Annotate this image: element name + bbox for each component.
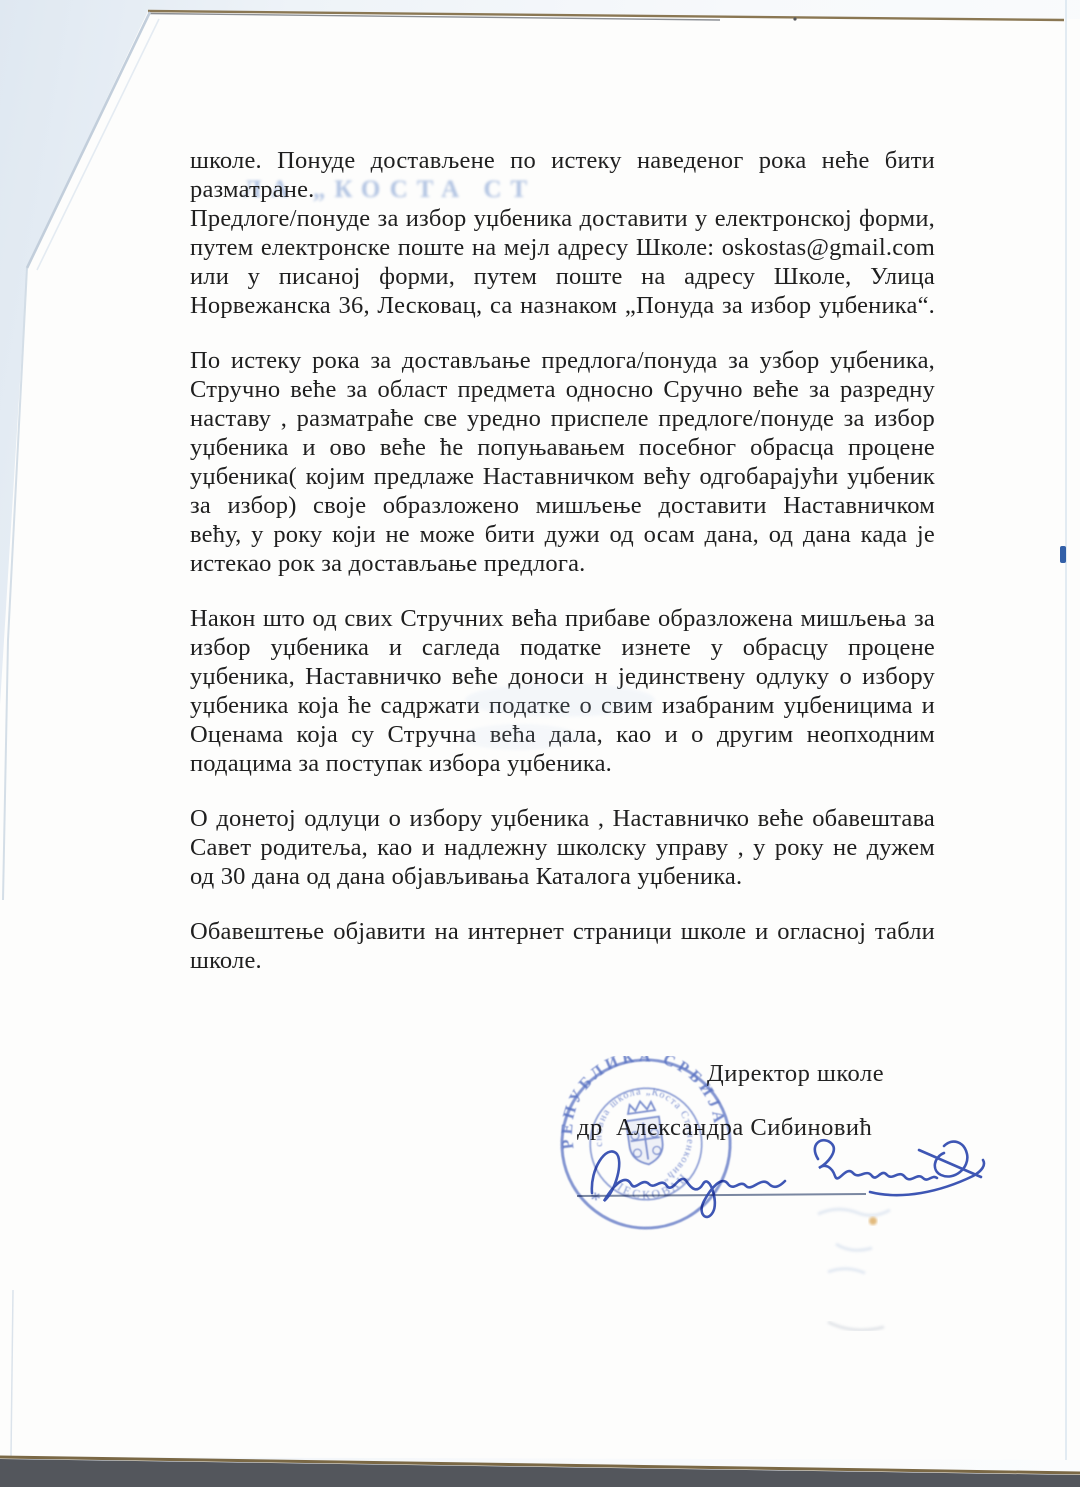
text-line: наставу , разматраће све уредно приспеле… (190, 404, 935, 433)
text-line: Стручно веће за област предмета односно … (190, 375, 935, 404)
text-line: Савет родитеља, као и надлежну школску у… (190, 833, 935, 862)
text-line: Норвежанска 36, Лесковац, са назнаком „П… (190, 291, 935, 320)
signature-area (570, 1115, 1000, 1230)
text-line: истекао рок за достављање предлога. (190, 549, 935, 578)
text-line: већу, у року који не може бити дужи од о… (190, 520, 935, 549)
paragraph: Након што од свих Стручних већа прибаве … (190, 604, 935, 778)
text-line: од 30 дана од дана објављивања Каталога … (190, 862, 935, 891)
text-line: избор уџбеника и сагледа податке изнете … (190, 633, 935, 662)
text-line: разматране. (190, 175, 935, 204)
text-line: путем електронске поште на мејл адресу Ш… (190, 233, 935, 262)
paragraph: школе. Понуде достављене по истеку навед… (190, 146, 935, 204)
bottom-scan-shadow (0, 1459, 1080, 1487)
crown-icon (626, 1099, 655, 1113)
paragraph: Обавештење објавити на интернет страници… (190, 917, 935, 975)
paragraph: О донетој одлуци о избору уџбеника , Нас… (190, 804, 935, 891)
text-line: или у писаној форми, путем поште на адре… (190, 262, 935, 291)
text-line: По истеку рока за достављање предлога/по… (190, 346, 935, 375)
text-line: Предлоге/понуде за избор уџбеника достав… (190, 204, 935, 233)
text-line: уџбеника( којим предлаже Наставничком ве… (190, 462, 935, 491)
text-line: школе. (190, 946, 935, 975)
text-line: за избор) своје образложено мишљење дост… (190, 491, 935, 520)
text-line: Обавештење објавити на интернет страници… (190, 917, 935, 946)
signature-handwriting (592, 1140, 984, 1217)
text-line: уџбеника, Наставничко веће доноси н једи… (190, 662, 935, 691)
scanned-document: ЛА „КОСТА СТ школе. Понуде достављене по… (0, 0, 1080, 1487)
text-line: Након што од свих Стручних већа прибаве … (190, 604, 935, 633)
text-line: подацима за поступак избора уџбеника. (190, 749, 935, 778)
text-line: уџбеника и ово веће ће попуњавањем посеб… (190, 433, 935, 462)
text-line: уџбеника која ће садржати податке о свим… (190, 691, 935, 720)
paragraph: Предлоге/понуде за избор уџбеника достав… (190, 204, 935, 320)
paragraph: По истеку рока за достављање предлога/по… (190, 346, 935, 578)
text-line: Оценама која су Стручна већа дала, као и… (190, 720, 935, 749)
text-line: школе. Понуде достављене по истеку навед… (190, 146, 935, 175)
signature-line (577, 1194, 866, 1196)
text-line: О донетој одлуци о избору уџбеника , Нас… (190, 804, 935, 833)
document-body: школе. Понуде достављене по истеку навед… (190, 146, 935, 975)
